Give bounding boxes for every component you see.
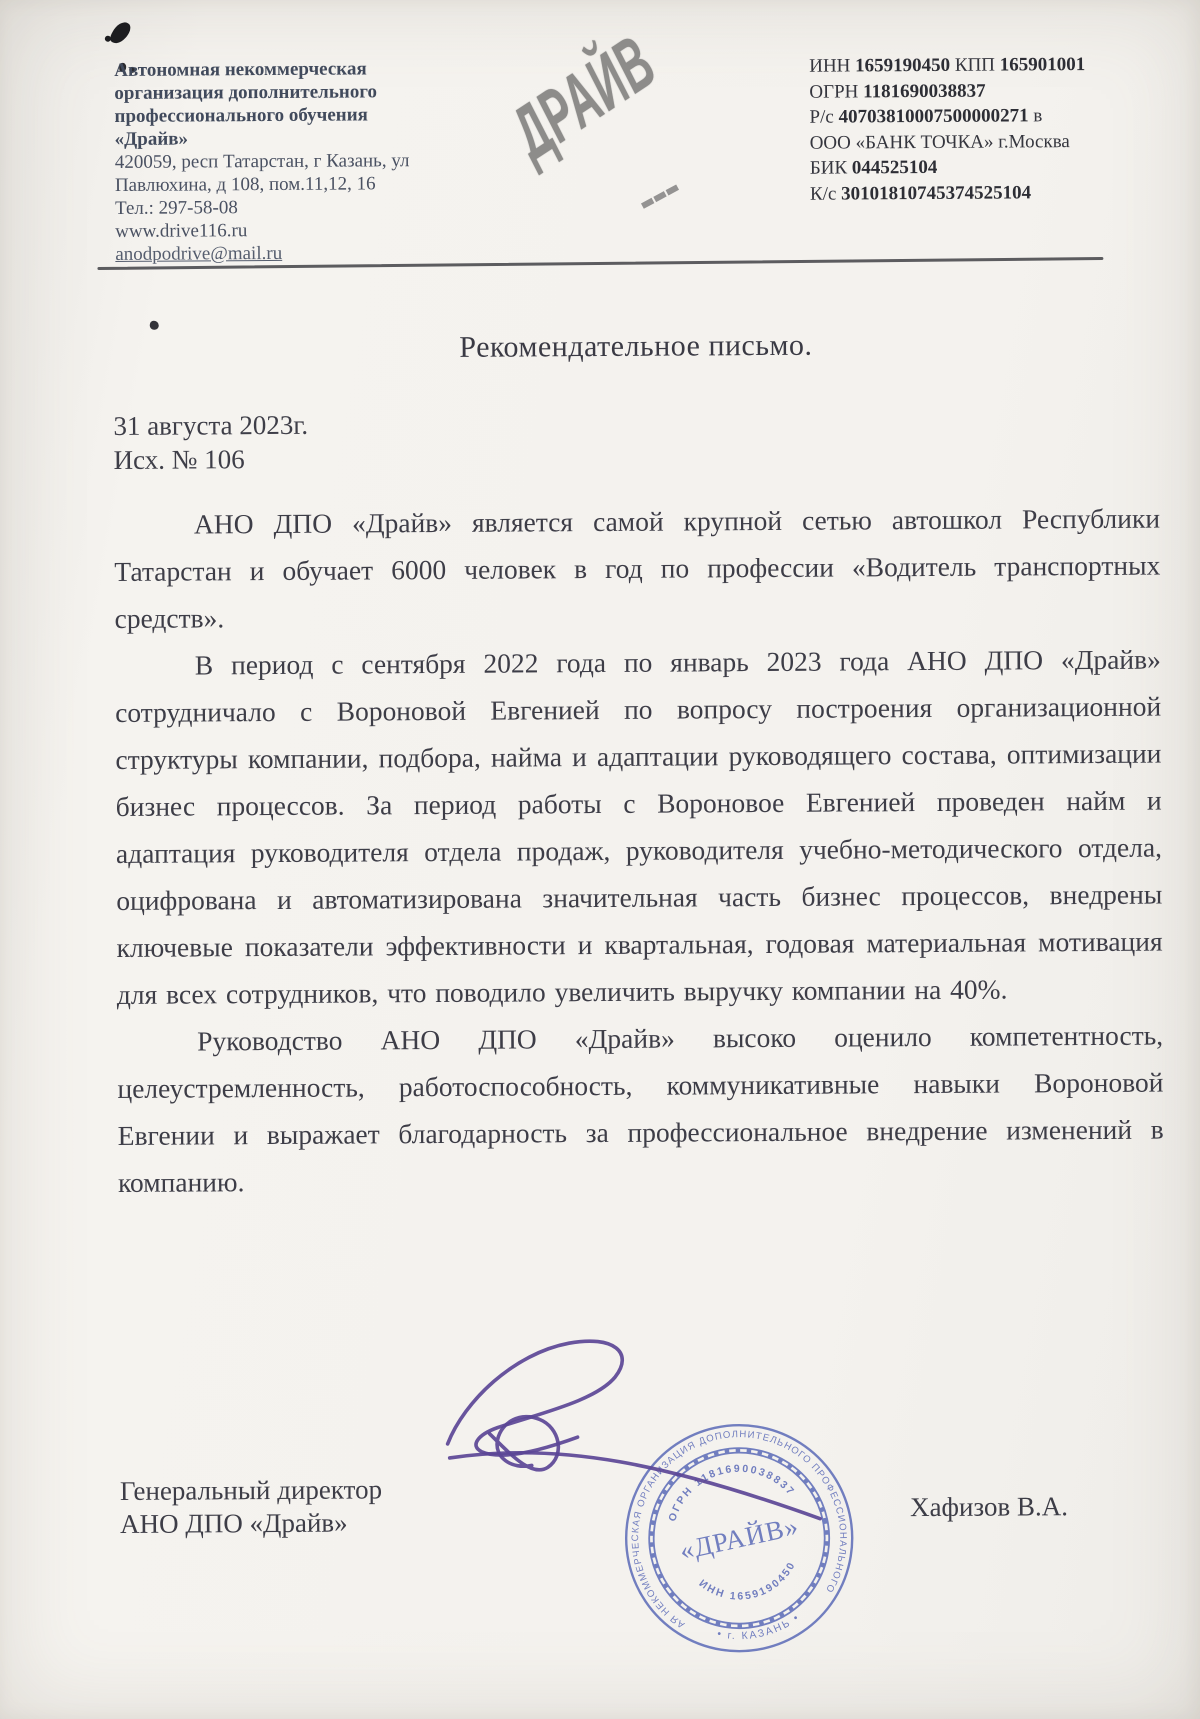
org-email: anodpodrive@mail.ru	[115, 241, 425, 266]
letterhead-requisites: ИНН 1659190450 КПП 165901001 ОГРН 118169…	[809, 52, 1110, 207]
logo-dashes-decoration	[641, 184, 679, 208]
org-website: www.drive116.ru	[115, 218, 425, 243]
letter-body: Рекомендательное письмо. 31 августа 2023…	[113, 327, 1164, 1206]
letter-ref-number: Исх. № 106	[113, 437, 1159, 477]
stamp-inn-label: ИНН 1659190450	[695, 1557, 804, 1612]
org-name-line: организация дополнительного	[114, 80, 424, 105]
letterhead: Автономная некоммерческая организация до…	[0, 0, 1196, 4]
letter-paragraphs: АНО ДПО «Драйв» является самой крупной с…	[114, 495, 1164, 1206]
org-name-line: профессионального обучения	[114, 103, 424, 128]
signatory-name: Хафизов В.А.	[910, 1491, 1068, 1523]
requisite-line-account: Р/с 40703810007500000271 в	[809, 103, 1109, 130]
org-address-line: Павлюхина, д 108, пом.11,12, 16	[115, 172, 425, 197]
letter-paragraph: АНО ДПО «Драйв» является самой крупной с…	[114, 495, 1161, 642]
org-phone: Тел.: 297-58-08	[115, 195, 425, 220]
org-name-line: «Драйв»	[115, 126, 425, 151]
letterhead-org-block: Автономная некоммерческая организация до…	[114, 57, 425, 266]
requisite-line-corr-account: К/с 30101810745374525104	[810, 179, 1110, 206]
ink-smudge	[108, 19, 132, 47]
drive-logo-text: ДРАЙВ	[496, 20, 672, 177]
signatory-position: Генеральный директор АНО ДПО «Драйв»	[120, 1473, 383, 1541]
org-address-line: 420059, респ Татарстан, г Казань, ул	[115, 149, 425, 174]
scan-tilt-wrapper: Автономная некоммерческая организация до…	[0, 0, 1200, 1719]
director-signature-autograph	[419, 1313, 891, 1566]
requisite-line-inn-kpp: ИНН 1659190450 КПП 165901001	[809, 52, 1109, 79]
signatory-position-line: АНО ДПО «Драйв»	[120, 1506, 382, 1541]
requisite-line-bank: ООО «БАНК ТОЧКА» г.Москва	[810, 128, 1110, 155]
letter-paragraph: В период с сентября 2022 года по январь …	[115, 636, 1163, 1018]
letter-paragraph: Руководство АНО ДПО «Драйв» высоко оцени…	[117, 1012, 1164, 1206]
signatory-position-line: Генеральный директор	[120, 1473, 382, 1508]
stamp-city-label: • г. КАЗАНЬ •	[714, 1610, 805, 1649]
letter-title: Рекомендательное письмо.	[113, 327, 1159, 367]
drive-logo: ДРАЙВ	[501, 51, 717, 227]
requisite-line-ogrn: ОГРН 1181690038837	[809, 77, 1109, 104]
ink-dot	[150, 321, 159, 330]
scanned-letter-page: Автономная некоммерческая организация до…	[0, 0, 1200, 1719]
org-name-line: Автономная некоммерческая	[114, 57, 424, 82]
requisite-line-bik: БИК 044525104	[810, 154, 1110, 181]
